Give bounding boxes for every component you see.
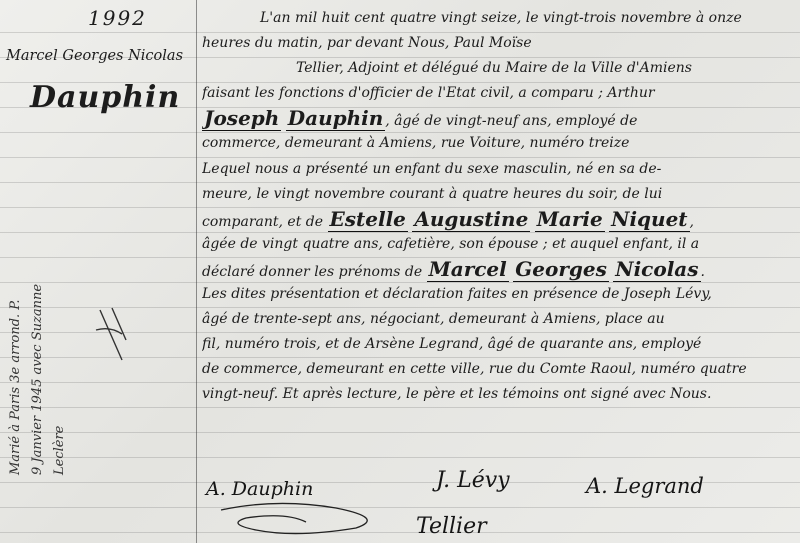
marginal-marriage-note: Marié à Paris 3e arrond. P. 9 Janvier 19…: [5, 175, 71, 475]
mother-name-1: Estelle: [328, 207, 408, 232]
entry-number: 1992: [88, 6, 147, 30]
child-name-1: Marcel: [427, 257, 509, 282]
father-details: , âgé de vingt-neuf ans, employé de: [385, 113, 637, 129]
mother-surname: Niquet: [609, 207, 689, 232]
margin-column: 1992 Marcel Georges Nicolas Dauphin Mari…: [0, 0, 196, 543]
body-line: fil, numéro trois, et de Arsène Legrand,…: [202, 332, 800, 357]
mother-prefix: comparant, et de: [202, 214, 323, 230]
father-signature: A. Dauphin: [206, 478, 313, 500]
body-line: faisant les fonctions d'officier de l'Et…: [202, 81, 800, 106]
body-line: heures du matin, par devant Nous, Paul M…: [202, 31, 800, 56]
mother-name-2: Augustine: [412, 207, 530, 232]
child-suffix: .: [701, 264, 705, 280]
body-line: meure, le vingt novembre courant à quatr…: [202, 182, 800, 207]
mother-suffix: ,: [690, 214, 694, 230]
body-line: Les dites présentation et déclaration fa…: [202, 282, 800, 307]
body-line: vingt-neuf. Et après lecture, le père et…: [202, 382, 800, 407]
witness-signature-legrand: A. Legrand: [586, 474, 704, 498]
mother-name-3: Marie: [535, 207, 605, 232]
register-page: 1992 Marcel Georges Nicolas Dauphin Mari…: [0, 0, 800, 543]
child-name-3: Nicolas: [613, 257, 700, 282]
mother-name-line: comparant, et de Estelle Augustine Marie…: [202, 207, 800, 232]
marginal-note-line: Leclère: [49, 175, 71, 475]
signature-block: A. Dauphin J. Lévy A. Legrand Tellier: [196, 440, 800, 543]
body-line: commerce, demeurant à Amiens, rue Voitur…: [202, 131, 800, 156]
child-name-2: Georges: [513, 257, 609, 282]
body-line: âgé de trente-sept ans, négociant, demeu…: [202, 307, 800, 332]
body-line: âgée de vingt quatre ans, cafetière, son…: [202, 232, 800, 257]
officer-signature: Tellier: [416, 514, 487, 539]
father-name-line: Joseph Dauphin, âgé de vingt-neuf ans, e…: [202, 106, 800, 131]
marginal-note-line: Marié à Paris 3e arrond. P.: [5, 175, 27, 475]
child-names-line: déclaré donner les prénoms de Marcel Geo…: [202, 257, 800, 282]
body-line: Lequel nous a présenté un enfant du sexe…: [202, 157, 800, 182]
father-surname: Dauphin: [286, 106, 386, 131]
marginal-initials-mark-icon: [92, 300, 132, 370]
body-line: L'an mil huit cent quatre vingt seize, l…: [202, 6, 800, 31]
father-given-name: Joseph: [202, 106, 281, 131]
body-line: de commerce, demeurant en cette ville, r…: [202, 357, 800, 382]
witness-signature-levy: J. Lévy: [436, 468, 510, 493]
entry-body: L'an mil huit cent quatre vingt seize, l…: [202, 6, 800, 408]
marginal-note-line: 9 Janvier 1945 avec Suzanne: [27, 175, 49, 475]
margin-child-given-names: Marcel Georges Nicolas: [6, 48, 192, 64]
body-line: Tellier, Adjoint et délégué du Maire de …: [202, 56, 800, 81]
child-prefix: déclaré donner les prénoms de: [202, 264, 422, 280]
margin-child-surname: Dauphin: [30, 80, 180, 115]
